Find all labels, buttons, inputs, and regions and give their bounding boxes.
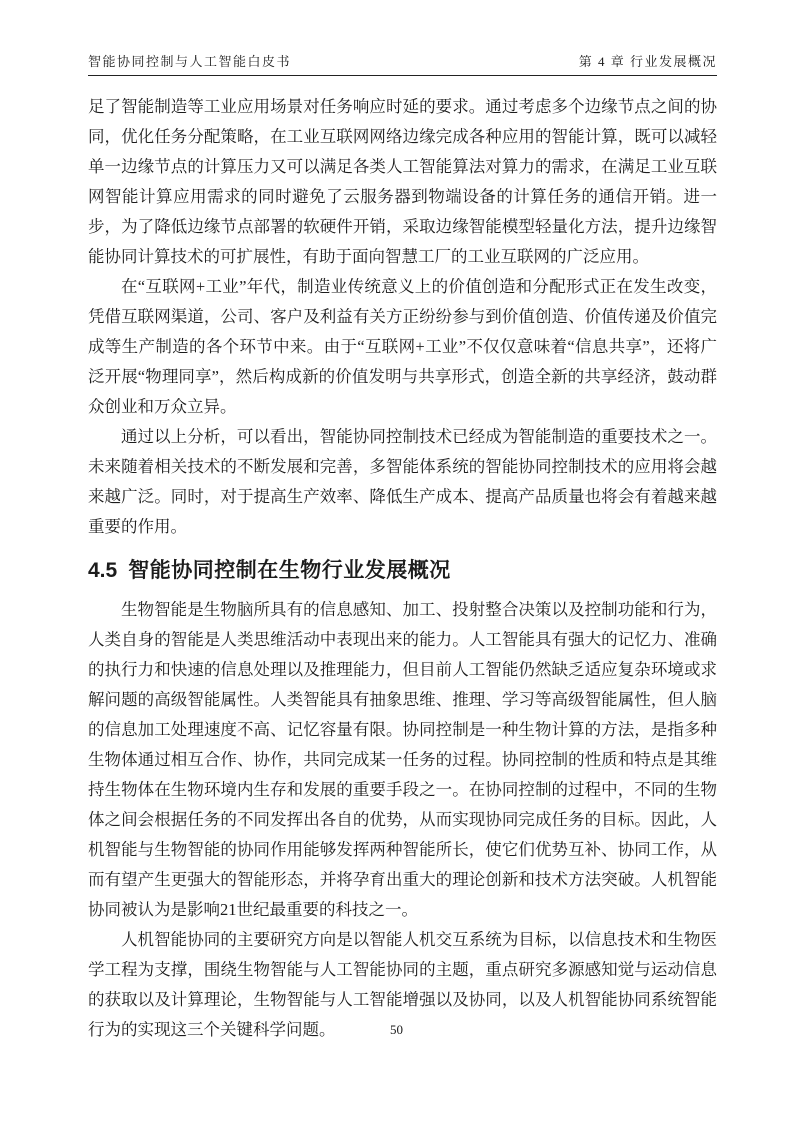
- page-header: 智能协同控制与人工智能白皮书 第 4 章 行业发展概况: [88, 54, 717, 76]
- section-title: 智能协同控制在生物行业发展概况: [128, 559, 451, 582]
- header-right-chapter: 第 4 章 行业发展概况: [579, 54, 717, 70]
- paragraph-bio-intelligence: 生物智能是生物脑所具有的信息感知、加工、投射整合决策以及控制功能和行为，人类自身…: [88, 595, 717, 925]
- section-number: 4.5: [88, 559, 117, 582]
- header-left-title: 智能协同控制与人工智能白皮书: [88, 54, 291, 70]
- document-page: 智能协同控制与人工智能白皮书 第 4 章 行业发展概况 足了智能制造等工业应用场…: [0, 0, 793, 1122]
- paragraph-analysis-summary: 通过以上分析，可以看出，智能协同控制技术已经成为智能制造的重要技术之一。未来随着…: [88, 422, 717, 542]
- paragraph-internet-industry: 在“互联网+工业”年代，制造业传统意义上的价值创造和分配形式正在发生改变，凭借互…: [88, 272, 717, 422]
- section-heading-4-5: 4.5智能协同控制在生物行业发展概况: [88, 553, 717, 588]
- page-body: 足了智能制造等工业应用场景对任务响应时延的要求。通过考虑多个边缘节点之间的协同，…: [88, 92, 717, 1045]
- paragraph-edge-computing: 足了智能制造等工业应用场景对任务响应时延的要求。通过考虑多个边缘节点之间的协同，…: [88, 92, 717, 272]
- page-number: 50: [0, 1022, 793, 1038]
